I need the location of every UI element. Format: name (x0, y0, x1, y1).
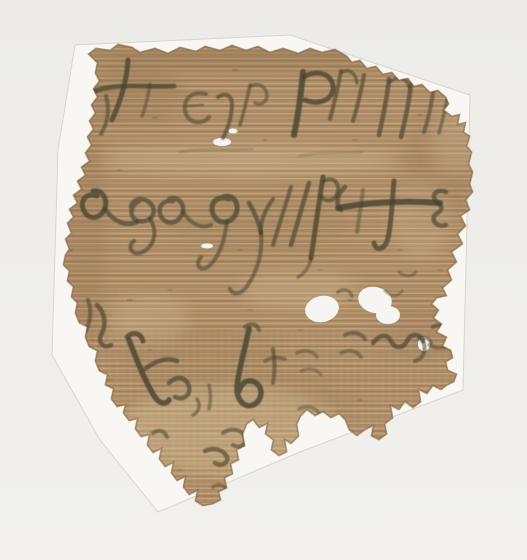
worn-area (110, 295, 190, 345)
papyrus-fragment-photo (0, 0, 527, 560)
ink-stroke (273, 349, 275, 383)
hole (201, 244, 213, 249)
ink-stroke (187, 105, 203, 106)
hole (229, 129, 238, 134)
hole (376, 306, 400, 324)
scan-canvas (0, 0, 527, 560)
ink-stroke (209, 385, 211, 409)
